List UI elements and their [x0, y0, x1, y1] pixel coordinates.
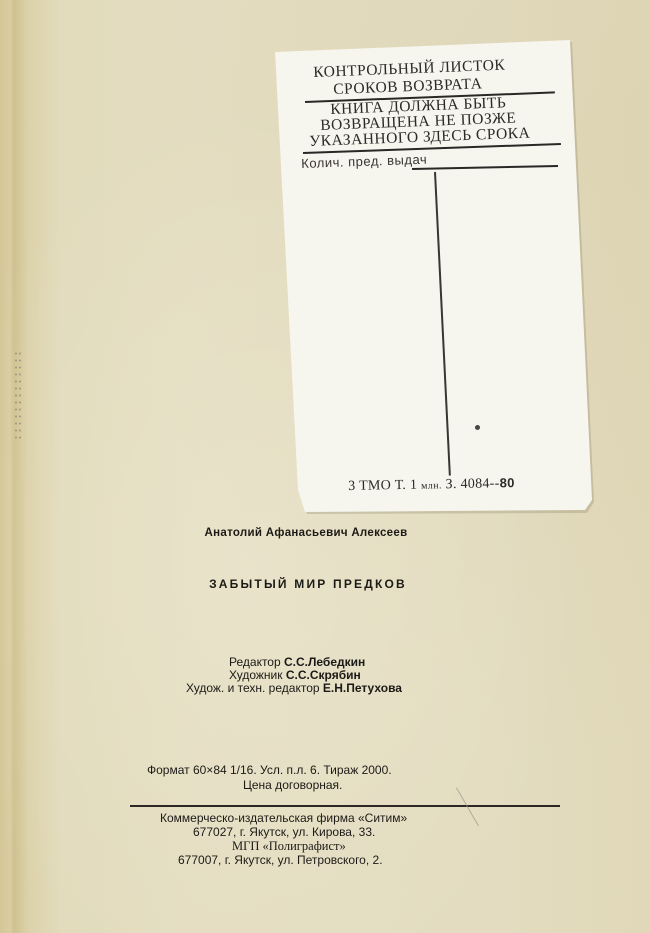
printer-address: 677007, г. Якутск, ул. Петровского, 2. — [178, 853, 383, 867]
credit-role: Художник — [229, 668, 283, 682]
binding-specks — [14, 350, 22, 440]
credit-art-tech-editor: Худож. и техн. редактор Е.Н.Петухова — [186, 681, 402, 695]
credit-artist: Художник С.С.Скрябин — [229, 668, 361, 682]
publisher-name: Коммерческо-издательская фирма «Ситим» — [160, 811, 407, 825]
credit-editor: Редактор С.С.Лебедкин — [229, 655, 365, 669]
credit-role: Худож. и техн. редактор — [186, 681, 320, 695]
price-note: Цена договорная. — [243, 778, 342, 792]
book-author: Анатолий Афанасьевич Алексеев — [156, 527, 456, 539]
book-title: ЗАБЫТЫЙ МИР ПРЕДКОВ — [158, 577, 458, 591]
printer-name: МГП «Полиграфист» — [232, 839, 346, 854]
credit-role: Редактор — [229, 655, 281, 669]
credit-name: С.С.Лебедкин — [284, 655, 365, 669]
credit-name: С.С.Скрябин — [286, 668, 361, 682]
credit-name: Е.Н.Петухова — [323, 681, 402, 695]
book-page — [0, 0, 650, 933]
format-specs: Формат 60×84 1/16. Усл. п.л. 6. Тираж 20… — [147, 763, 392, 777]
publisher-address: 677027, г. Якутск, ул. Кирова, 33. — [193, 825, 375, 839]
publisher-separator — [130, 805, 560, 807]
